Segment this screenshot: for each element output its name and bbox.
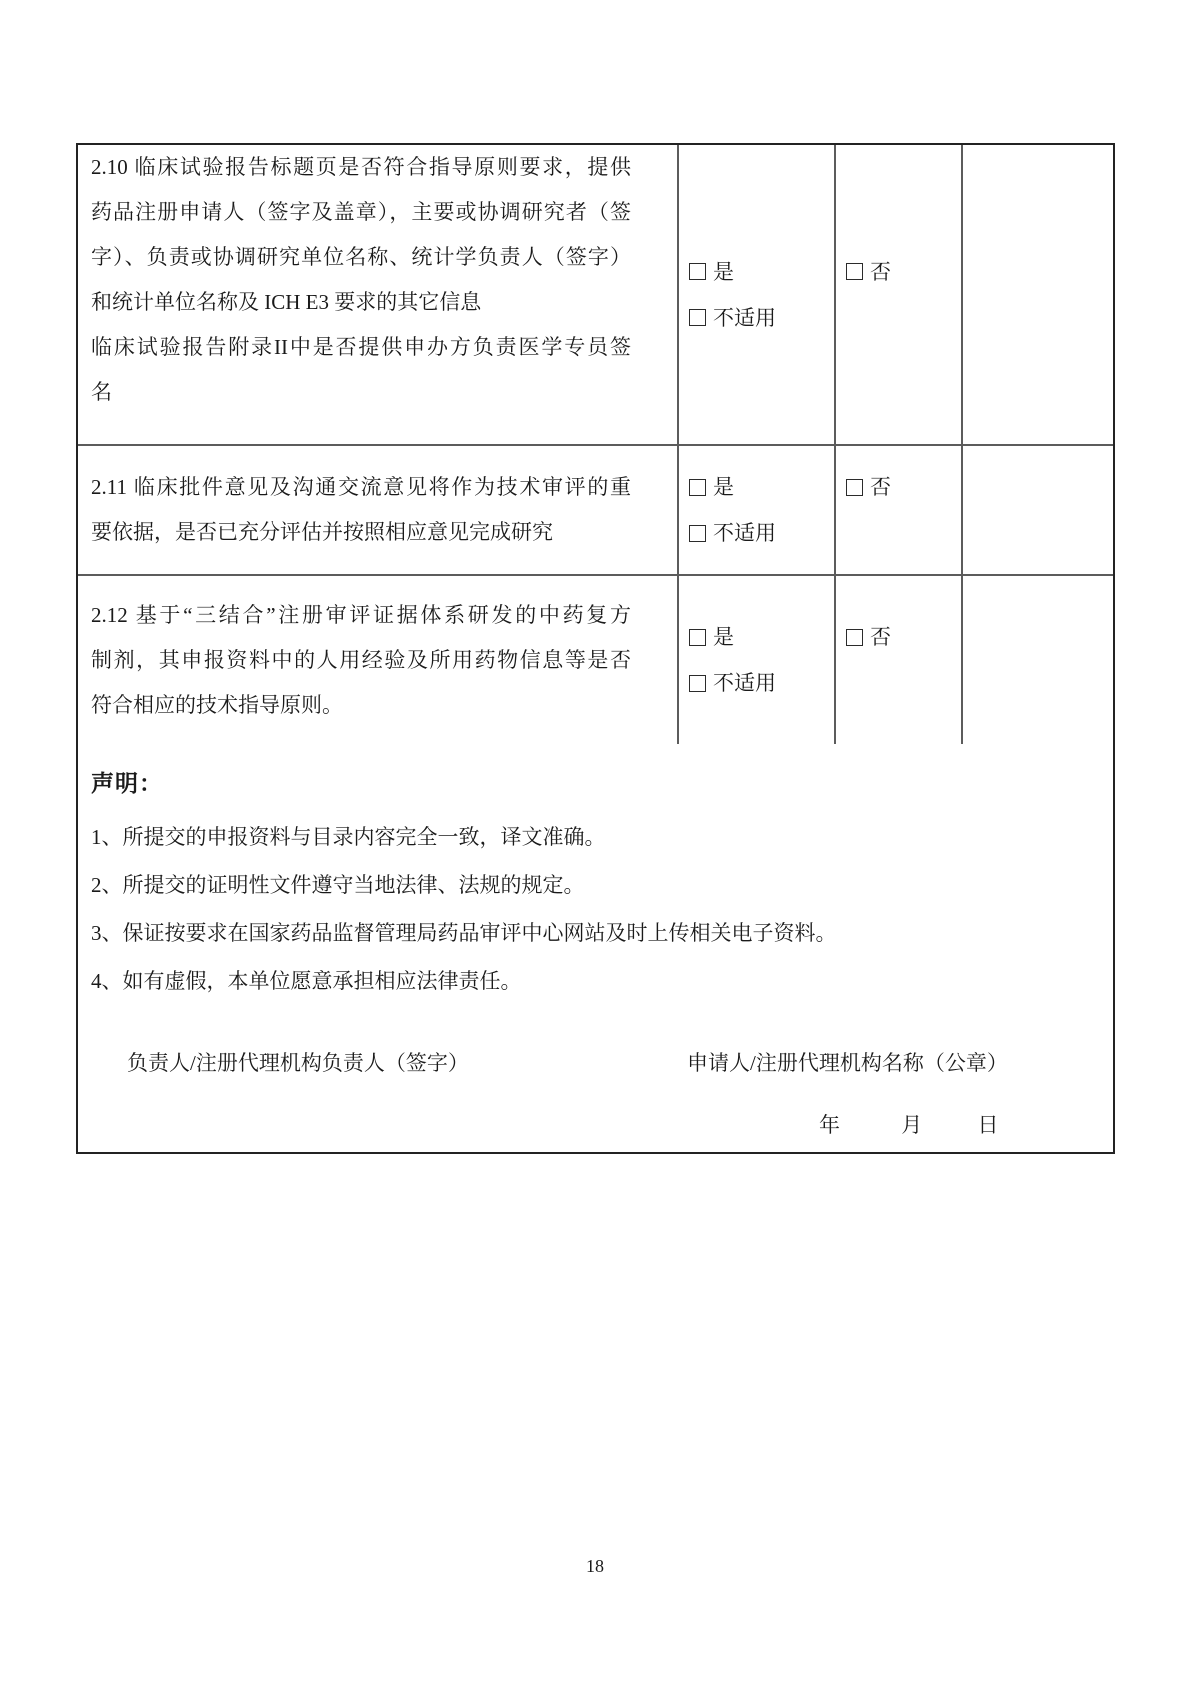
checkbox-label: 不适用: [713, 510, 776, 556]
declaration-cell: 声明： 1、所提交的申报资料与目录内容完全一致，译文准确。2、所提交的证明性文件…: [78, 744, 1113, 1152]
checkbox-label: 不适用: [713, 295, 776, 341]
date-day-label: 日: [978, 1113, 999, 1137]
question-cell-2.11: 2.11 临床批件意见及沟通交流意见将作为技术审评的重要依据，是否已充分评估并按…: [78, 446, 677, 574]
signer-right-label: 申请人/注册代理机构名称（公章）: [687, 1048, 1008, 1078]
checkbox-icon: [846, 263, 863, 280]
date-month-label: 月: [901, 1113, 922, 1137]
yes-na-cell-2.10: 是不适用: [677, 145, 834, 444]
checkbox-label: 是: [713, 464, 734, 510]
declaration-row: 声明： 1、所提交的申报资料与目录内容完全一致，译文准确。2、所提交的证明性文件…: [78, 744, 1113, 1152]
question-line: 名: [91, 370, 631, 415]
checkbox-no-2.12[interactable]: 否: [846, 614, 961, 660]
checkbox-icon: [689, 263, 706, 280]
declaration-heading: 声明：: [91, 766, 163, 800]
checkbox-no-2.10[interactable]: 否: [846, 249, 961, 295]
question-cell-2.12: 2.12 基于“三结合”注册审评证据体系研发的中药复方制剂，其申报资料中的人用经…: [78, 576, 677, 744]
checklist-table: 2.10 临床试验报告标题页是否符合指导原则要求，提供药品注册申请人（签字及盖章…: [76, 143, 1115, 1154]
table-row-2.10: 2.10 临床试验报告标题页是否符合指导原则要求，提供药品注册申请人（签字及盖章…: [78, 145, 1113, 444]
checkbox-yes-2.12[interactable]: 是: [689, 614, 834, 660]
blank-line: [846, 295, 961, 341]
remark-cell-2.11: [961, 446, 1113, 574]
checkbox-label: 是: [713, 614, 734, 660]
checkbox-icon: [689, 675, 706, 692]
declaration-item: 4、如有虚假，本单位愿意承担相应法律责任。: [91, 957, 837, 1005]
checkbox-not-applicable-2.10[interactable]: 不适用: [689, 295, 834, 341]
no-cell-2.10: 否: [834, 145, 961, 444]
declaration-item: 2、所提交的证明性文件遵守当地法律、法规的规定。: [91, 861, 837, 909]
checkbox-label: 不适用: [713, 660, 776, 706]
document-page: { "table": { "options": { "yes": "是", "n…: [0, 0, 1190, 1683]
question-line: 2.12 基于“三结合”注册审评证据体系研发的中药复方: [91, 593, 631, 638]
question-rows: 2.10 临床试验报告标题页是否符合指导原则要求，提供药品注册申请人（签字及盖章…: [78, 145, 1113, 744]
question-line: 要依据，是否已充分评估并按照相应意见完成研究: [91, 510, 631, 555]
checkbox-icon: [846, 479, 863, 496]
date-line: 年 月 日: [819, 1110, 999, 1140]
yes-na-cell-2.11: 是不适用: [677, 446, 834, 574]
blank-line: [846, 510, 961, 556]
checkbox-label: 否: [870, 464, 891, 510]
checkbox-icon: [846, 629, 863, 646]
checkbox-label: 否: [870, 249, 891, 295]
question-line: 符合相应的技术指导原则。: [91, 683, 631, 728]
question-line: 药品注册申请人（签字及盖章），主要或协调研究者（签: [91, 190, 631, 235]
question-line: 临床试验报告附录II中是否提供申办方负责医学专员签: [91, 325, 631, 370]
checkbox-yes-2.11[interactable]: 是: [689, 464, 834, 510]
declaration-item: 3、保证按要求在国家药品监督管理局药品审评中心网站及时上传相关电子资料。: [91, 909, 837, 957]
question-cell-2.10: 2.10 临床试验报告标题页是否符合指导原则要求，提供药品注册申请人（签字及盖章…: [78, 145, 677, 444]
page-number: 18: [586, 1556, 604, 1577]
checkbox-no-2.11[interactable]: 否: [846, 464, 961, 510]
checkbox-icon: [689, 525, 706, 542]
checkbox-not-applicable-2.12[interactable]: 不适用: [689, 660, 834, 706]
question-line: 2.11 临床批件意见及沟通交流意见将作为技术审评的重: [91, 465, 631, 510]
checkbox-not-applicable-2.11[interactable]: 不适用: [689, 510, 834, 556]
declaration-items: 1、所提交的申报资料与目录内容完全一致，译文准确。2、所提交的证明性文件遵守当地…: [91, 813, 837, 1005]
declaration-item: 1、所提交的申报资料与目录内容完全一致，译文准确。: [91, 813, 837, 861]
table-row-2.11: 2.11 临床批件意见及沟通交流意见将作为技术审评的重要依据，是否已充分评估并按…: [78, 444, 1113, 574]
checkbox-label: 否: [870, 614, 891, 660]
checkbox-yes-2.10[interactable]: 是: [689, 249, 834, 295]
yes-na-cell-2.12: 是不适用: [677, 576, 834, 744]
checkbox-icon: [689, 309, 706, 326]
blank-line: [846, 660, 961, 706]
checkbox-icon: [689, 629, 706, 646]
checkbox-icon: [689, 479, 706, 496]
remark-cell-2.12: [961, 576, 1113, 744]
question-line: 字）、负责或协调研究单位名称、统计学负责人（签字）: [91, 235, 631, 280]
question-line: 和统计单位名称及 ICH E3 要求的其它信息: [91, 280, 631, 325]
checkbox-label: 是: [713, 249, 734, 295]
table-row-2.12: 2.12 基于“三结合”注册审评证据体系研发的中药复方制剂，其申报资料中的人用经…: [78, 574, 1113, 744]
remark-cell-2.10: [961, 145, 1113, 444]
question-line: 制剂，其申报资料中的人用经验及所用药物信息等是否: [91, 638, 631, 683]
no-cell-2.11: 否: [834, 446, 961, 574]
date-year-label: 年: [819, 1113, 840, 1137]
no-cell-2.12: 否: [834, 576, 961, 744]
signer-left-label: 负责人/注册代理机构负责人（签字）: [127, 1048, 469, 1078]
question-line: 2.10 临床试验报告标题页是否符合指导原则要求，提供: [91, 145, 631, 190]
